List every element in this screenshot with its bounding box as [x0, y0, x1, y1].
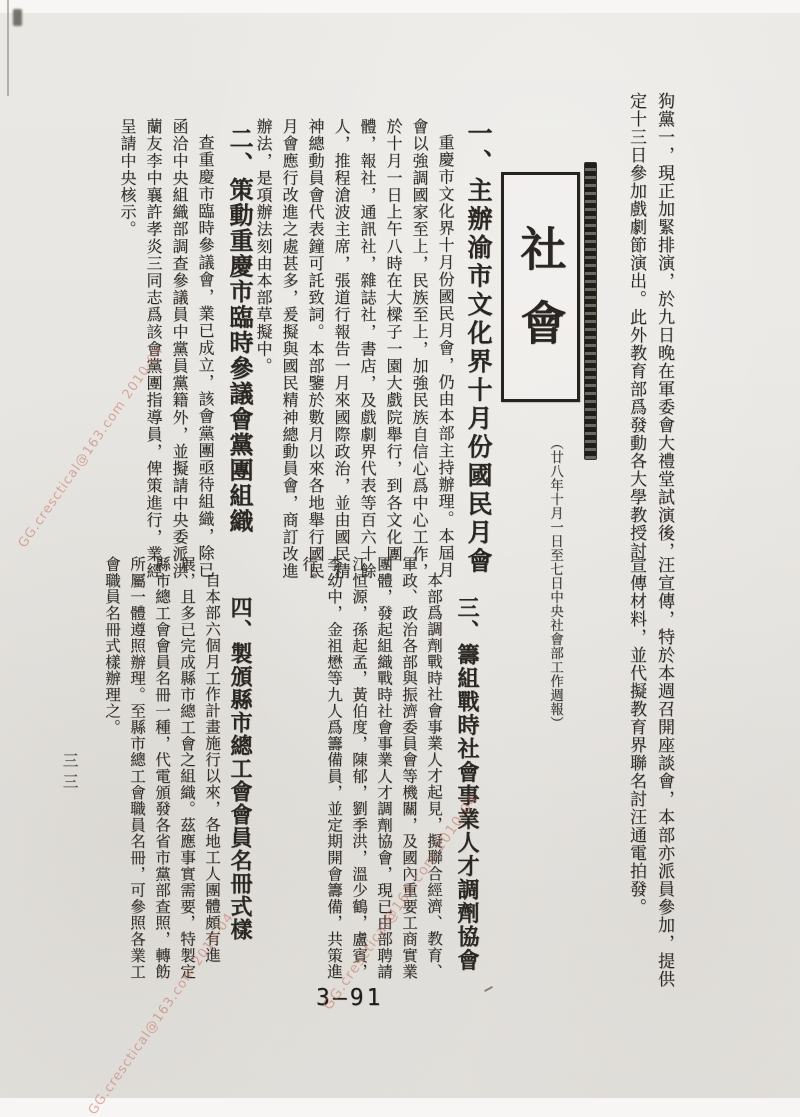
article-2-heading: 二、策動重慶市臨時參議會黨團組織 [222, 126, 257, 558]
article-1-heading: 一、主辦渝市文化界十月份國民月會 [460, 120, 496, 582]
section-title-box: 社會 [501, 172, 580, 402]
stray-pen-mark [484, 986, 493, 992]
section-title: 社會 [508, 201, 574, 373]
ink-smudge [13, 9, 22, 26]
scanned-document-page: 狗黨一，現正加緊排演，於九日晚在軍委會大禮堂試演後，定十三日參加戲劇節演出。此外… [0, 0, 800, 1117]
scan-edge-line [7, 0, 9, 96]
carryover-paragraph-top: 狗黨一，現正加緊排演，於九日晚在軍委會大禮堂試演後，定十三日參加戲劇節演出。此外… [616, 92, 678, 566]
source-note: （廿八年十月一日至七日中央社會部工作週報） [545, 436, 565, 724]
article-2-body: 查重慶市臨時參議會，業已成立，該會黨團亟待組織，除已函洽中央組織部調查參議員中黨… [112, 118, 218, 588]
scan-bottom-margin [0, 1098, 800, 1117]
article-4-heading: 四、製頒縣市總工會會員名冊式樣 [225, 596, 256, 968]
folio-number: 三三 [58, 752, 81, 812]
article-3-heading: 三、籌組戰時社會事業人才調劑協會 [452, 596, 483, 984]
carryover-paragraph-bottom: 汪宣傳，特於本週召開座談會，本部亦派員參加，提供宣傳材料，並代擬教育界聯名討汪通… [616, 556, 678, 988]
title-ornament-bar-icon [584, 162, 597, 460]
article-1-body: 重慶市文化界十月份國民月會，仍由本部主持辦理。本屆月會以強調國家至上，民族至上，… [249, 118, 458, 588]
article-3-body: 本部爲調劑戰時社會事業人才起見，擬聯合經濟、教育、軍政、政治各部與振濟委員會等機… [289, 556, 446, 982]
scan-top-margin [0, 0, 800, 13]
article-4-body: 自本部六個月工作計畫施行以來，各地工人團體頗有進展，且多已完成縣市總工會之組織。… [98, 556, 224, 982]
page-number: 3—91 [316, 985, 383, 1011]
